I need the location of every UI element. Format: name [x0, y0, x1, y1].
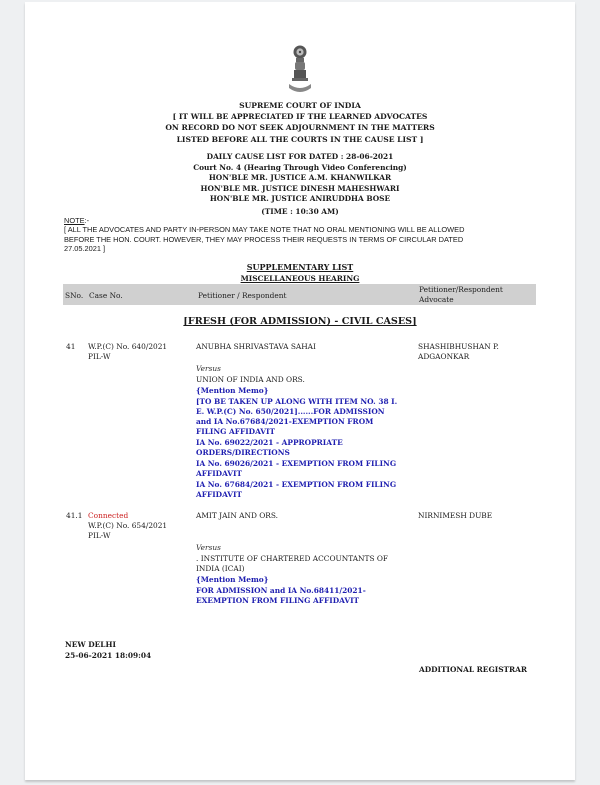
appeal-line: [ IT WILL BE APPRECIATED IF THE LEARNED …	[25, 111, 575, 122]
appeal-line: LISTED BEFORE ALL THE COURTS IN THE CAUS…	[25, 134, 575, 145]
judge-name: HON'BLE MR. JUSTICE DINESH MAHESHWARI	[25, 184, 575, 195]
versus-label: Versus	[196, 364, 221, 374]
footer-timestamp: 25-06-2021 18:09:04	[65, 650, 151, 661]
note-label: NOTE	[64, 216, 85, 225]
court-header: SUPREME COURT OF INDIA [ IT WILL BE APPR…	[25, 100, 575, 145]
respondent: . INSTITUTE OF CHARTERED ACCOUNTANTS OF	[196, 554, 388, 564]
remark-line: IA No. 67684/2021 - EXEMPTION FROM FILIN…	[196, 480, 396, 490]
emblem-logo-icon	[289, 42, 311, 94]
remark-line: IA No. 69026/2021 - EXEMPTION FROM FILIN…	[196, 459, 396, 469]
column-header-case-no: Case No.	[89, 291, 123, 300]
note-line: BEFORE THE HON. COURT. HOWEVER, THEY MAY…	[64, 235, 544, 244]
case-number: W.P.(C) No. 654/2021	[88, 521, 167, 531]
remark-line: E. W.P.(C) No. 650/2021]......FOR ADMISS…	[196, 407, 385, 417]
remark-line: ORDERS/DIRECTIONS	[196, 448, 290, 458]
remark-line: and IA No.67684/2021-EXEMPTION FROM	[196, 417, 373, 427]
judge-name: HON'BLE MR. JUSTICE ANIRUDDHA BOSE	[25, 194, 575, 205]
connected-tag: Connected	[88, 511, 128, 521]
appeal-line: ON RECORD DO NOT SEEK ADJOURNMENT IN THE…	[25, 122, 575, 133]
respondent: INDIA (ICAI)	[196, 564, 245, 574]
column-header-sno: SNo.	[65, 291, 83, 300]
table-header: SNo. Case No. Petitioner / Respondent Pe…	[63, 284, 536, 305]
column-header-advocate-2: Advocate	[419, 295, 454, 304]
case-sno: 41	[66, 342, 75, 352]
remark-line: [TO BE TAKEN UP ALONG WITH ITEM NO. 38 I…	[196, 397, 397, 407]
advocate: SHASHIBHUSHAN P.	[418, 342, 499, 352]
section-title: [FRESH (FOR ADMISSION) - CIVIL CASES]	[25, 316, 575, 327]
note-line: 27.05.2021 ]	[64, 244, 544, 253]
petitioner: ANUBHA SHRIVASTAVA SAHAI	[196, 342, 316, 352]
case-number: W.P.(C) No. 640/2021	[88, 342, 167, 352]
list-title: SUPPLEMENTARY LIST	[25, 262, 575, 272]
judge-name: HON'BLE MR. JUSTICE A.M. KHANWILKAR	[25, 173, 575, 184]
advocate: NIRNIMESH DUBE	[418, 511, 492, 521]
bench-header: DAILY CAUSE LIST FOR DATED : 28-06-2021 …	[25, 152, 575, 218]
versus-label: Versus	[196, 543, 221, 553]
remark-line: IA No. 69022/2021 - APPROPRIATE	[196, 438, 343, 448]
note-block: NOTE:- [ ALL THE ADVOCATES AND PARTY IN-…	[64, 216, 544, 254]
court-name: SUPREME COURT OF INDIA	[25, 100, 575, 111]
case-type: PIL-W	[88, 531, 111, 541]
mention-memo: {Mention Memo}	[196, 575, 269, 585]
petitioner: AMIT JAIN AND ORS.	[196, 511, 278, 521]
remark-line: FILING AFFIDAVIT	[196, 427, 275, 437]
footer-place: NEW DELHI	[65, 639, 116, 650]
remark-line: AFFIDAVIT	[196, 490, 242, 500]
cause-list-date: DAILY CAUSE LIST FOR DATED : 28-06-2021	[25, 152, 575, 163]
note-line: [ ALL THE ADVOCATES AND PARTY IN-PERSON …	[64, 225, 544, 234]
case-type: PIL-W	[88, 352, 111, 362]
column-header-parties: Petitioner / Respondent	[198, 291, 287, 300]
remark-line: FOR ADMISSION and IA No.68411/2021-	[196, 586, 366, 596]
case-sno: 41.1	[66, 511, 82, 521]
column-header-advocate: Petitioner/Respondent	[419, 285, 503, 294]
remark-line: AFFIDAVIT	[196, 469, 242, 479]
advocate: ADGAONKAR	[418, 352, 469, 362]
note-label-suffix: :-	[85, 216, 90, 225]
footer-signatory: ADDITIONAL REGISTRAR	[419, 664, 527, 675]
mention-memo: {Mention Memo}	[196, 386, 269, 396]
court-number: Court No. 4 (Hearing Through Video Confe…	[25, 163, 575, 174]
respondent: UNION OF INDIA AND ORS.	[196, 375, 305, 385]
remark-line: EXEMPTION FROM FILING AFFIDAVIT	[196, 596, 359, 606]
list-subtitle: MISCELLANEOUS HEARING	[25, 274, 575, 283]
